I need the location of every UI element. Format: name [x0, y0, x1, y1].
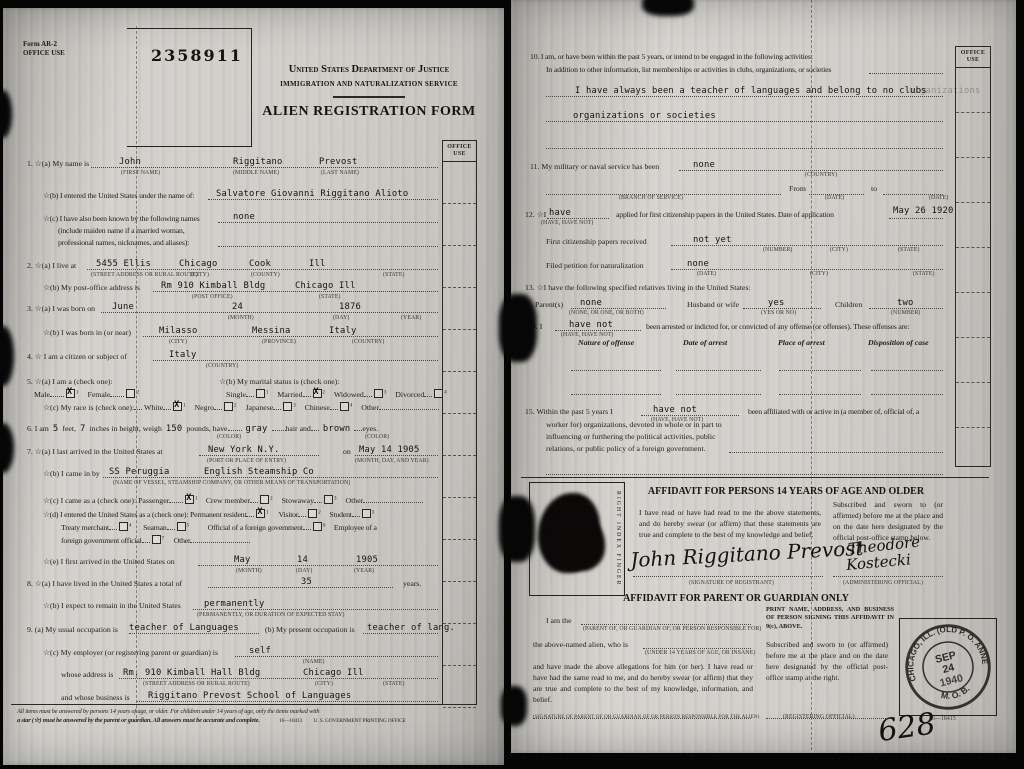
field-remain-duration: permanently [204, 599, 264, 609]
field-military-label: 11. My military or naval service has bee… [530, 162, 659, 171]
office-use-cell [443, 666, 476, 708]
registrant-signature: John Riggitano Prevost [630, 536, 864, 572]
stamp-arc-top: CHICAGO, ILL. (OLD P. O. ANNEX) [890, 609, 990, 686]
field-name-last: Prevost [319, 157, 357, 167]
field-affiliations-line3: influencing or furthering the political … [546, 432, 716, 441]
checkbox-foreign-employee [152, 535, 161, 544]
field-parents-label: Parent(s) [535, 300, 563, 309]
label-to: to [871, 184, 877, 193]
sublabel: (STATE) [383, 681, 405, 687]
field-papers-received: not yet [693, 235, 731, 245]
rule [809, 186, 864, 195]
rule [129, 625, 259, 634]
field-height-inches: 7 [76, 424, 90, 434]
sublabel: (COUNTY) [251, 272, 280, 278]
field-aliases-label: ☆(c) I have also been known by the follo… [43, 214, 200, 223]
field-petition-label: Filed petition for naturalization [546, 261, 644, 270]
field-marital-options: Single1 MarriedX2 Widowed3 Divorced4 [226, 389, 454, 399]
rule [218, 238, 438, 247]
field-birth-country: Italy [329, 326, 356, 336]
field-birth-year: 1876 [339, 302, 361, 312]
office-use-cell [443, 330, 476, 372]
field-aliases: none [233, 212, 255, 222]
sublabel: (NAME) [303, 659, 325, 665]
rule [546, 113, 943, 122]
rule [546, 140, 943, 149]
field-first-arrival-label: ☆(e) I first arrived in the United State… [43, 557, 175, 566]
checkbox-treaty-merchant [119, 522, 128, 531]
checkbox-male: X [66, 389, 75, 398]
footer-gpo: U. S. GOVERNMENT PRINTING OFFICE [314, 718, 406, 724]
col-date-of-arrest: Date of arrest [683, 338, 727, 347]
field-employer-address: Rm. 910 Kimball Hall Bldg [123, 668, 260, 678]
rule [676, 362, 761, 371]
field-first-arrival-year: 1905 [356, 555, 378, 565]
left-page: Form AR-2 OFFICE USE 2358911 United Stat… [3, 8, 504, 765]
field-race-options: ☆(c) My race is (check one): WhiteX1 Neg… [43, 402, 439, 412]
footer-rule [11, 704, 475, 705]
field-employer-city-state: Chicago Ill [303, 668, 363, 678]
office-use-header: OFFICE USE [443, 141, 476, 162]
rule [871, 386, 943, 395]
footer-print-code: 16—18413 [279, 718, 302, 724]
field-children-label: Children [835, 300, 862, 309]
office-use-cell [443, 204, 476, 246]
sublabel: (COLOR) [217, 434, 241, 440]
sublabel: (MONTH) [236, 568, 262, 574]
footer-instructions: a star (☆) must be answered by the paren… [17, 716, 406, 724]
field-spouse-label: Husband or wife [687, 300, 739, 309]
section-rule [521, 477, 989, 478]
sublabel: (CITY) [810, 271, 828, 277]
rule [671, 261, 943, 270]
field-present-occupation-label: (b) My present occupation is [265, 625, 355, 634]
sublabel: (YEAR) [401, 315, 421, 321]
fingerprint-label: RIGHT INDEX FINGER [615, 491, 621, 586]
rule [546, 88, 943, 97]
office-use-cell [956, 338, 990, 383]
field-entry-name-label: ☆(b) I entered the United States under t… [43, 191, 194, 200]
field-birth-month: June [112, 302, 134, 312]
office-use-cell [443, 582, 476, 624]
field-affiliations-line4: relations, or public policy of a foreign… [546, 444, 706, 453]
guardian-i-am-the: I am the [546, 616, 572, 625]
field-residence-county: Cook [249, 259, 271, 269]
field-birth-day: 24 [232, 302, 243, 312]
field-first-arrival-month: May [234, 555, 251, 565]
rule [571, 362, 661, 371]
field-citizenship-label: 4. ☆ I am a citizen or subject of [27, 352, 127, 361]
sublabel: (MONTH, DAY, AND YEAR) [355, 458, 429, 464]
checkbox-stowaway [324, 495, 333, 504]
department-header: United States Department of Justice [261, 64, 477, 75]
sublabel: (CITY) [830, 247, 848, 253]
field-entered-as-line3: foreign government official7 Other [61, 535, 250, 545]
sublabel: (STATE) [913, 271, 935, 277]
field-last-arrival-port: New York N.Y. [208, 445, 279, 455]
field-parents: none [580, 298, 602, 308]
rule [833, 568, 943, 577]
field-years-in-us: 35 [301, 577, 312, 587]
office-use-cell [956, 203, 990, 248]
sublabel: (PARENT OF, OR GUARDIAN OF, OR PERSON RE… [583, 626, 761, 632]
sublabel: (BRANCH OF SERVICE) [619, 195, 683, 201]
field-years-in-us-label: 8. ☆(a) I have lived in the United State… [27, 579, 182, 588]
field-marital-label: ☆(b) My marital status is (check one): [219, 377, 339, 386]
sublabel: (YEAR) [354, 568, 374, 574]
field-came-as: ☆(c) I came as a (check one): PassengerX… [43, 495, 423, 505]
header-rule [333, 96, 405, 98]
field-po-address: Rm 910 Kimball Bldg [161, 281, 265, 291]
field-usual-occupation-label: 9. (a) My usual occupation is [27, 625, 118, 634]
field-sex-label: 5. ☆(a) I am a (check one): [27, 377, 113, 386]
field-birthplace-label: ☆(b) I was born in (or near) [43, 328, 131, 337]
sublabel: (REGISTERING OFFICIAL) [783, 714, 855, 720]
guardian-notary: Subscribed and sworn to (or affirmed) be… [766, 640, 888, 684]
sublabel: (FIRST NAME) [121, 170, 160, 176]
checkbox-white: X [173, 402, 182, 411]
office-use-cell [956, 383, 990, 428]
checkbox-permanent-resident: X [256, 509, 265, 518]
rule [869, 65, 943, 74]
field-entered-as-line2: Treaty merchant4 Seaman5 Official of a f… [61, 522, 377, 532]
sublabel: (PROVINCE) [262, 339, 296, 345]
field-physical-description: 6. I am5feet,7inches in height, weigh150… [27, 423, 378, 434]
field-business: Riggitano Prevost School of Languages [148, 691, 351, 701]
sublabel: (SIGNATURE OF REGISTRANT) [689, 580, 774, 586]
checkbox-divorced [434, 389, 443, 398]
field-children: two [897, 298, 914, 308]
checkbox-japanese [283, 402, 292, 411]
guardian-print-note: PRINT NAME, ADDRESS, AND BUSINESS OF PER… [766, 606, 894, 631]
label-from: From [789, 184, 806, 193]
field-birth-city: Milasso [159, 326, 197, 336]
field-spouse: yes [768, 298, 785, 308]
sublabel: (STATE) [383, 272, 405, 278]
checkbox-married: X [313, 389, 322, 398]
sublabel: (CITY) [315, 681, 333, 687]
sublabel: (ADMINISTERING OFFICIAL) [843, 580, 923, 586]
field-height-feet: 5 [49, 424, 63, 434]
edge-artifact [642, 0, 694, 16]
sublabel: (SIGNATURE OF PARENT OF OR GUARDIAN OF O… [533, 714, 759, 720]
sublabel: (DAY) [296, 568, 312, 574]
rule [871, 362, 943, 371]
field-eye-color: brown [319, 424, 354, 434]
office-use-cell [443, 162, 476, 204]
affidavit-adult-title: AFFIDAVIT FOR PERSONS 14 YEARS OF AGE AN… [629, 486, 943, 497]
sublabel: (POST OFFICE) [192, 294, 233, 300]
field-vessel-label: ☆(b) I came in by [43, 469, 100, 478]
postmark-stamp: CHICAGO, ILL. (OLD P. O. ANNEX) M. O. B.… [890, 609, 1006, 725]
field-residence-street: 5455 Ellis [96, 259, 151, 269]
field-arrests-label2: been arrested or indicted for, or convic… [646, 322, 909, 331]
sublabel: (COLOR) [365, 434, 389, 440]
sublabel: (COUNTRY) [352, 339, 384, 345]
field-steamship-company: English Steamship Co [204, 467, 314, 477]
sublabel: (MIDDLE NAME) [233, 170, 279, 176]
office-use-cell [443, 414, 476, 456]
field-citizenship-papers-label2: applied for first citizenship papers in … [616, 210, 834, 219]
office-use-cell [956, 158, 990, 203]
right-page: OFFICE USE 10. I am, or have been within… [511, 0, 1016, 753]
field-remain-label: ☆(b) I expect to remain in the United St… [43, 601, 181, 610]
field-hair-color: gray [242, 424, 272, 434]
service-header: IMMIGRATION AND NATURALIZATION SERVICE [261, 80, 477, 88]
office-use-cell [443, 246, 476, 288]
field-employer-label: ☆(c) My employer (or registering parent … [43, 648, 218, 657]
office-use-cell [443, 540, 476, 582]
sublabel: (DATE) [825, 195, 844, 201]
field-birthdate-label: 3. ☆(a) I was born on [27, 304, 95, 313]
field-weight: 150 [162, 424, 187, 434]
svg-text:CHICAGO, ILL. (OLD P. O. ANNEX: CHICAGO, ILL. (OLD P. O. ANNEX) [890, 609, 990, 686]
form-title: ALIEN REGISTRATION FORM [261, 104, 477, 120]
rule [679, 162, 943, 171]
field-citizenship-papers-label: 12. ☆I [525, 210, 546, 219]
rule [779, 386, 861, 395]
sublabel: (PORT OR PLACE OF ENTRY) [207, 458, 286, 464]
checkbox-seaman [177, 522, 186, 531]
footer-instructions: All items must be answered by persons 14… [17, 708, 319, 715]
field-last-arrival-date: May 14 1905 [359, 445, 419, 455]
sublabel: (MONTH) [228, 315, 254, 321]
label-years: years. [403, 579, 421, 588]
col-nature-of-offense: Nature of offense [578, 338, 634, 347]
sublabel: (STREET ADDRESS OR RURAL ROUTE) [91, 272, 198, 278]
rule [676, 386, 761, 395]
field-papers-received-label: First citizenship papers received [546, 237, 647, 246]
field-aliases-note: professional names, nicknames, and alias… [58, 238, 189, 247]
label-on: on [343, 447, 351, 456]
field-name-label: 1. ☆(a) My name is [27, 159, 89, 168]
checkbox-foreign-official [313, 522, 322, 531]
sublabel: (UNDER 14 YEARS OF AGE, OR INSANE) [645, 650, 755, 656]
office-use-column: OFFICE USE [442, 140, 477, 705]
affidavit-guardian-title: AFFIDAVIT FOR PARENT OR GUARDIAN ONLY [571, 593, 901, 604]
affidavit-adult-oath: I have read or have had read to me the a… [639, 508, 821, 541]
rule [547, 210, 609, 219]
field-po-city-state: Chicago Ill [295, 281, 355, 291]
postmark-box: CHICAGO, ILL. (OLD P. O. ANNEX) M. O. B.… [899, 618, 997, 716]
checkbox-passenger: X [185, 495, 194, 504]
field-activities-label: 10. I am, or have been within the past 5… [530, 52, 813, 61]
rule [581, 616, 751, 625]
guardian-alien-who-is: the above-named alien, who is [533, 640, 628, 649]
checkbox-female [126, 389, 135, 398]
rule [363, 625, 438, 634]
checkbox-chinese [340, 402, 349, 411]
office-use-cell [443, 456, 476, 498]
sublabel: (HAVE, HAVE NOT) [541, 220, 593, 226]
sublabel: (NAME OF VESSEL, STEAMSHIP COMPANY, OR O… [113, 480, 350, 486]
fingerprint-box: RIGHT INDEX FINGER [529, 482, 625, 596]
field-entered-as-line1: ☆(d) I entered the United States as a (c… [43, 509, 381, 519]
sublabel: (DATE) [697, 271, 716, 277]
rule [546, 186, 781, 195]
office-use-header: OFFICE USE [956, 47, 990, 68]
serial-number: 2358911 [151, 46, 243, 65]
col-disposition: Disposition of case [868, 338, 929, 347]
sublabel: (STREET ADDRESS OR RURAL ROUTE) [143, 681, 250, 687]
rule [779, 362, 861, 371]
sublabel: (DATE) [929, 195, 948, 201]
office-use-cell [443, 498, 476, 540]
rule [571, 386, 661, 395]
sublabel: (PERMANENTLY, OR DURATION OF EXPECTED ST… [197, 612, 345, 618]
rule [641, 407, 739, 416]
field-name-middle: Riggitano [233, 157, 282, 167]
field-sex-options: MaleX1 Female2 [34, 389, 146, 399]
field-business-label: and whose business is [61, 693, 130, 702]
office-use-cell [956, 248, 990, 293]
field-relatives-label: 13. ☆I have the following specified rela… [525, 283, 751, 292]
rule [101, 304, 438, 313]
sublabel: (STATE) [898, 247, 920, 253]
office-use-cell [443, 288, 476, 330]
sublabel: (LAST NAME) [321, 170, 359, 176]
field-residence-state: Ill [309, 259, 326, 269]
rule [546, 466, 943, 475]
field-name-first: John [119, 157, 141, 167]
handwritten-number: 628 [876, 706, 938, 749]
office-use-cell [956, 293, 990, 338]
stamp-year: 1940 [939, 672, 965, 689]
checkbox-widowed [374, 389, 383, 398]
office-use-cell [956, 113, 990, 158]
scanned-document: Form AR-2 OFFICE USE 2358911 United Stat… [0, 0, 1024, 769]
sublabel: (DAY) [333, 315, 349, 321]
field-residence-city: Chicago [179, 259, 217, 269]
field-vessel-name: SS Peruggia [109, 467, 169, 477]
checkbox-student [362, 509, 371, 518]
field-aliases-note: (include maiden name if a married woman, [58, 226, 184, 235]
sublabel: (NUMBER) [891, 310, 920, 316]
field-employer-address-label: whose address is [61, 670, 113, 679]
col-place-of-arrest: Place of arrest [778, 338, 825, 347]
sublabel: (STATE) [319, 294, 341, 300]
office-use-column: OFFICE USE [955, 46, 991, 467]
sublabel: (COUNTRY) [206, 363, 238, 369]
rule [889, 210, 943, 219]
rule [883, 186, 943, 195]
field-employer: self [249, 646, 271, 656]
field-entry-name: Salvatore Giovanni Riggitano Alioto [216, 189, 408, 199]
field-affiliations-line2: worker for) organizations, devoted in wh… [546, 420, 722, 429]
field-residence-label: 2. ☆(a) I live at [27, 261, 76, 270]
checkbox-crew [260, 495, 269, 504]
rule [633, 568, 823, 577]
sublabel: (COUNTRY) [805, 172, 837, 178]
field-citizenship: Italy [169, 350, 196, 360]
field-first-arrival-day: 14 [297, 555, 308, 565]
rule [643, 640, 751, 649]
field-affiliations-label: 15. Within the past 5 years I [525, 407, 613, 416]
sublabel: (CITY) [191, 272, 209, 278]
field-birth-province: Messina [252, 326, 290, 336]
binder-shadow [499, 294, 537, 362]
guardian-oath: and have made the above allegations for … [533, 662, 753, 706]
field-petition: none [687, 259, 709, 269]
binder-shadow [499, 496, 535, 562]
rule [729, 444, 943, 453]
sublabel: (NONE, OR ONE, OR BOTH) [569, 310, 644, 316]
checkbox-single [256, 389, 265, 398]
checkbox-visitor [308, 509, 317, 518]
field-military: none [693, 160, 715, 170]
rule [555, 322, 641, 331]
binder-shadow [501, 686, 527, 726]
field-last-arrival-label: 7. ☆(a) I last arrived in the United Sta… [27, 447, 163, 456]
form-code: Form AR-2 OFFICE USE [23, 40, 65, 58]
sublabel: (NUMBER) [763, 247, 792, 253]
checkbox-negro [224, 402, 233, 411]
sublabel: (CITY) [169, 339, 187, 345]
field-po-address-label: ☆(b) My post-office address is [43, 283, 140, 292]
field-affiliations-label2: been affiliated with or active in (a mem… [748, 407, 919, 416]
sublabel: (YES OR NO) [761, 310, 796, 316]
field-activities-label2: In addition to other information, list m… [546, 65, 831, 74]
